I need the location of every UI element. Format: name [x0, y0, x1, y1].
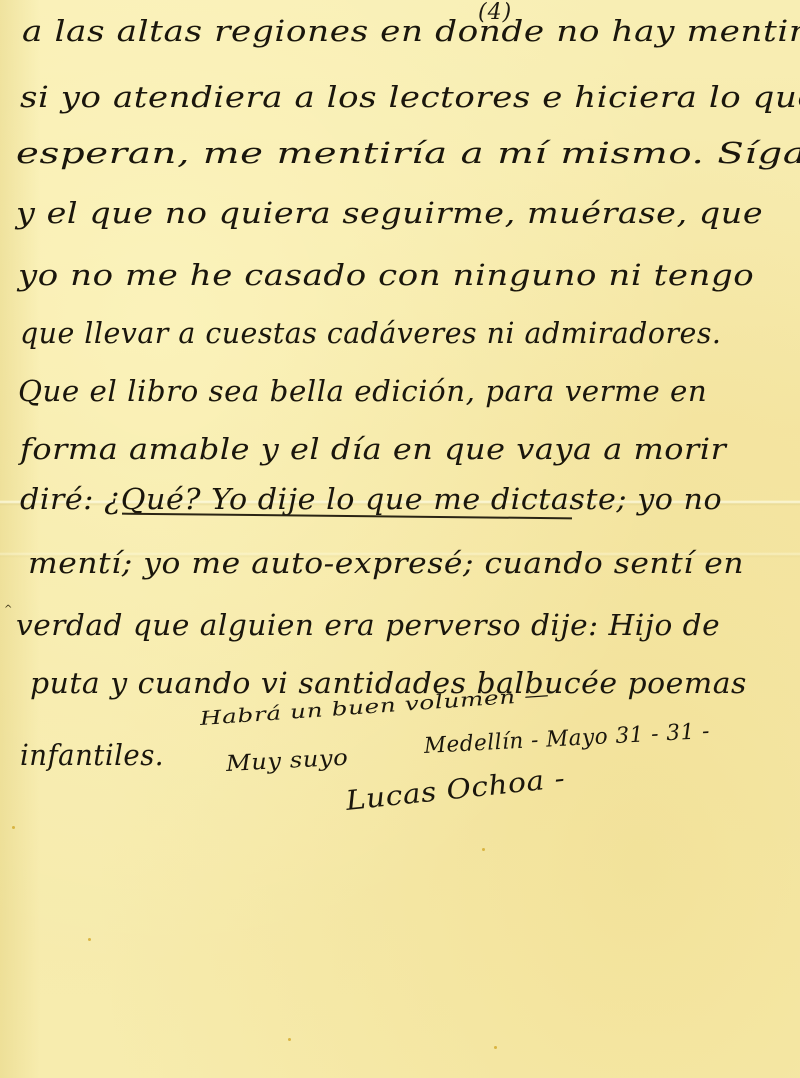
letter-line-11: verdad que alguien era perverso dije: Hi…: [16, 608, 720, 642]
letter-line-5: yo no me he casado con ninguno ni tengo: [18, 258, 754, 292]
paper-speck: [12, 826, 15, 829]
closing-phrase: Muy suyo: [225, 746, 349, 777]
letter-line-7: Que el libro sea bella edición, para ver…: [18, 374, 707, 408]
letter-line-9: diré: ¿Qué? Yo dije lo que me dictaste; …: [20, 482, 722, 516]
paper-speck: [494, 1046, 497, 1049]
paper-speck: [288, 1038, 291, 1041]
letter-line-8: forma amable y el día en que vaya a mori…: [20, 432, 726, 466]
letter-line-10: mentí; yo me auto-expresé; cuando sentí …: [28, 546, 744, 580]
letter-line-2: si yo atendiera a los lectores e hiciera…: [20, 80, 800, 114]
paper-speck: [88, 938, 91, 941]
letter-line-4: y el que no quiera seguirme, muérase, qu…: [16, 196, 763, 230]
place-and-date: Medellín - Mayo 31 - 31 -: [423, 719, 710, 759]
letter-line-6: que llevar a cuestas cadáveres ni admira…: [20, 316, 721, 350]
letter-page: (4) a las altas regiones en donde no hay…: [0, 0, 800, 1078]
letter-line-9-text: diré: ¿Qué? Yo dije lo que me dictaste; …: [20, 482, 722, 516]
paper-speck: [482, 848, 485, 851]
letter-line-1: a las altas regiones en donde no hay men…: [22, 14, 800, 48]
margin-mark: ^: [4, 604, 12, 615]
signature: Lucas Ochoa -: [344, 763, 566, 817]
letter-line-13: infantiles.: [20, 738, 164, 772]
letter-line-3: esperan, me mentiría a mí mismo. Síganme: [16, 136, 800, 170]
